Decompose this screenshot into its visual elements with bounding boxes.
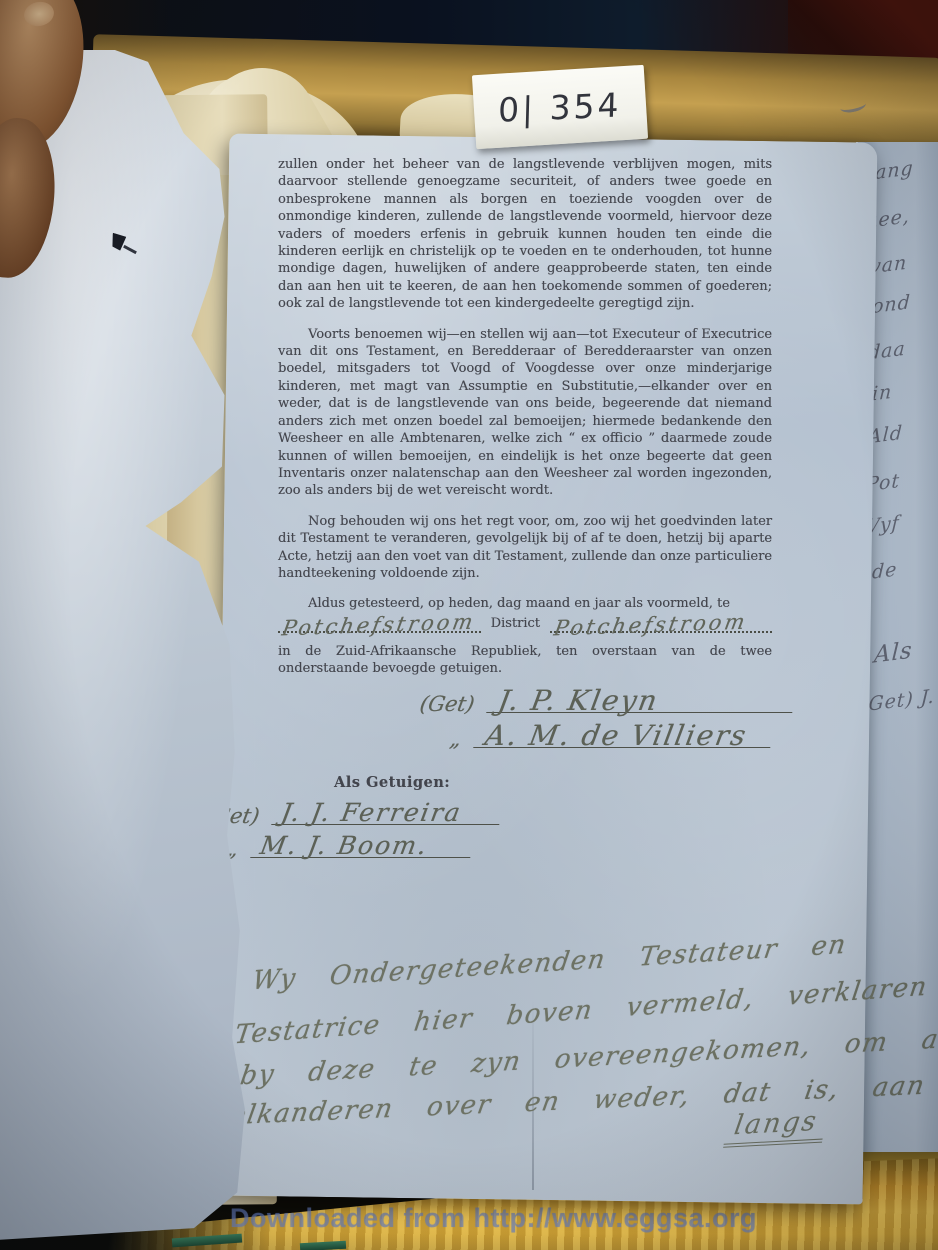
green-cover-sliver	[300, 1241, 346, 1250]
handwritten-district: Potchefstroom	[552, 614, 748, 638]
signature-j-j-ferreira: J. J. Ferreira	[271, 804, 503, 825]
signature-m-j-boom: M. J. Boom.	[250, 837, 474, 858]
signature-j-p-kleyn: J. P. Kleyn	[486, 692, 796, 713]
closing-intro: Aldus getesteerd, op heden, dag maand en…	[278, 595, 772, 612]
ditto-mark: „	[448, 731, 462, 748]
handwriting-fragment: in	[871, 381, 892, 406]
archive-number: 0| 354	[498, 85, 622, 130]
catchword: langs	[723, 1105, 828, 1148]
signature-prefix: (Get)	[418, 696, 475, 713]
printed-paragraph-1: zullen onder het beheer van de langstlev…	[278, 156, 772, 313]
signature-a-m-de-villiers: A. M. de Villiers	[473, 727, 774, 748]
printed-paragraph-3: Nog behouden wij ons het regt voor, om, …	[278, 513, 772, 583]
handwriting-fragment: (Get) J.	[860, 685, 936, 716]
dotted-leader: Potchefstroom	[278, 615, 481, 633]
printed-paragraph-2: Voorts benoemen wij—en stellen wij aan—t…	[278, 326, 772, 500]
handwritten-place: Potchefstroom	[281, 614, 477, 638]
district-label: District	[481, 615, 550, 632]
paper-hole-mark	[123, 245, 137, 254]
archive-label-slip: 0| 354	[472, 65, 648, 149]
photo-of-testament-page: Downloaded from http://www.eggsa.org lan…	[0, 0, 938, 1250]
witness-row-1: (Get) J. J. Ferreira	[205, 804, 772, 825]
fill-in-line: Potchefstroom District Potchefstroom	[278, 615, 772, 633]
dotted-leader: Potchefstroom	[550, 615, 772, 633]
watermark-text: Downloaded from http://www.eggsa.org	[230, 1203, 757, 1234]
signature-row-testator: (Get) J. P. Kleyn	[420, 692, 772, 713]
printed-text-column: zullen onder het beheer van de langstlev…	[278, 156, 772, 859]
witness-signatures: (Get) J. J. Ferreira „ M. J. Boom.	[205, 804, 772, 859]
witnesses-heading: Als Getuigen:	[334, 774, 772, 791]
signature-row-testatrix: „ A. M. de Villiers	[450, 727, 772, 748]
handwriting-fragment: de	[872, 558, 898, 583]
handwriting-fragment: Als	[873, 637, 913, 668]
closing-rest: in de Zuid-Afrikaansche Republiek, ten o…	[278, 643, 772, 678]
witness-row-2: „ M. J. Boom.	[227, 837, 772, 858]
